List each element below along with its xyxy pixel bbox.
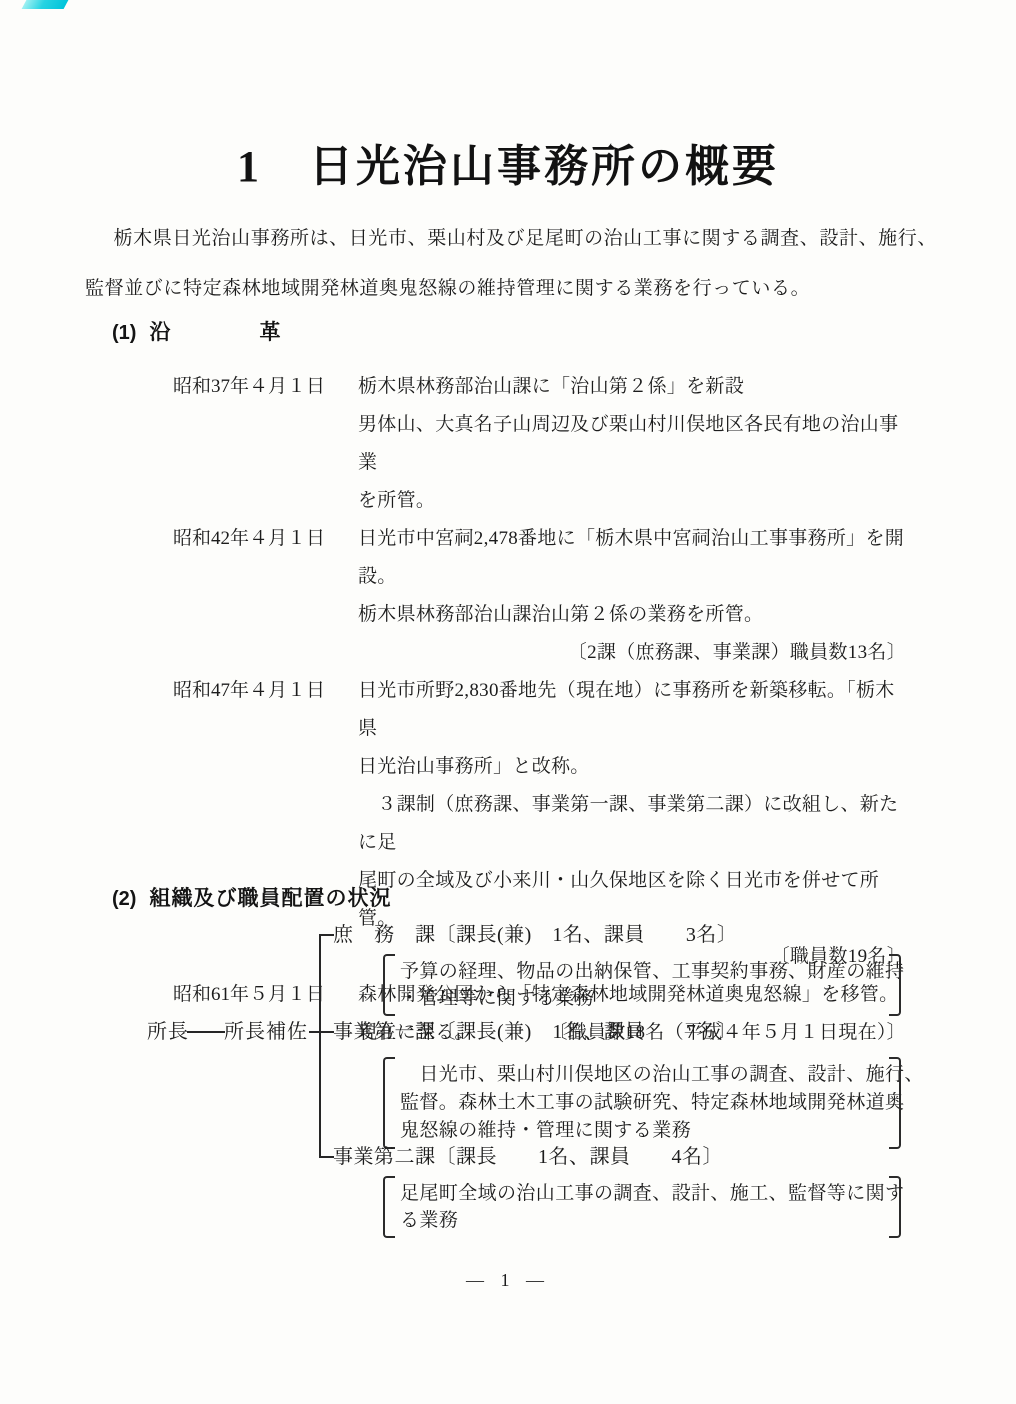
org-desc-line: 日光市、栗山村川俣地区の治山工事の調査、設計、施行、 <box>400 1061 884 1089</box>
org-branch-jigyo-dai2ka: 事業第二課〔課長 1名、課員 4名〕 <box>333 1144 723 1170</box>
history-line: ３課制（庶務課、事業第一課、事業第二課）に改組し、新たに足 <box>358 786 906 862</box>
big-bracket-right <box>889 1176 901 1238</box>
intro-paragraph: 栃木県日光治山事務所は、日光市、栗山村及び足尾町の治山工事に関する調査、設計、施… <box>85 214 937 314</box>
org-branch-jigyo-dai1ka: 事業第一課〔課長(兼) 1名、課員 7名〕 <box>333 1019 737 1045</box>
big-bracket-left <box>383 1176 395 1238</box>
history-line: 栃木県林務部治山課治山第２係の業務を所管。 <box>358 596 906 634</box>
history-entry-content: 日光市中宮祠2,478番地に「栃木県中宮祠治山工事事務所」を開設。 栃木県林務部… <box>358 520 906 672</box>
page-number: — 1 — <box>0 1270 1016 1291</box>
org-desc-line: 監督。森林土木工事の試験研究、特定森林地域開発林道奥 <box>400 1089 884 1117</box>
org-root-label: 所長 <box>147 1019 189 1045</box>
section-1-heading: (1) 沿 革 <box>112 316 281 346</box>
history-line: 男体山、大真名子山周辺及び栗山村川俣地区各民有地の治山事業 <box>358 406 906 482</box>
history-entry: 昭和37年４月１日 栃木県林務部治山課に「治山第２係」を新設 男体山、大真名子山… <box>173 368 906 520</box>
org-branch-staff: 〔課長 1名、課員 4名〕 <box>436 1146 724 1168</box>
history-line: 日光市所野2,830番地先（現在地）に事務所を新築移転。「栃木県 <box>358 672 906 748</box>
org-chart: 所長 所長補佐 庶 務 課〔課長(兼) 1名、課員 3名〕 予算の経理、物品の出… <box>0 915 1016 1265</box>
section-2-title: 組織及び職員配置の状況 <box>149 882 391 912</box>
history-entry: 昭和42年４月１日 日光市中宮祠2,478番地に「栃木県中宮祠治山工事事務所」を… <box>173 520 906 672</box>
org-branch-name: 庶 務 課 <box>333 924 436 946</box>
document-page: 1 日光治山事務所の概要 栃木県日光治山事務所は、日光市、栗山村及び足尾町の治山… <box>0 0 1016 1404</box>
org-desc-line: ・管理等に関する業務 <box>400 985 884 1012</box>
org-desc-line: 予算の経理、物品の出納保管、工事契約事務、財産の維持 <box>400 958 884 985</box>
history-line: 日光治山事務所」と改称。 <box>358 748 906 786</box>
org-branch-name: 事業第一課 <box>333 1021 436 1043</box>
history-staff-note: 〔2課（庶務課、事業課）職員数13名〕 <box>358 634 906 672</box>
org-branch-duties: 日光市、栗山村川俣地区の治山工事の調査、設計、施行、 監督。森林土木工事の試験研… <box>383 1061 901 1145</box>
connector-line <box>319 934 334 936</box>
org-branch-staff: 〔課長(兼) 1名、課員 3名〕 <box>436 924 738 946</box>
history-line: 日光市中宮祠2,478番地に「栃木県中宮祠治山工事事務所」を開設。 <box>358 520 906 596</box>
org-desc-line: る業務 <box>400 1207 884 1234</box>
org-branch-shomuka: 庶 務 課〔課長(兼) 1名、課員 3名〕 <box>333 922 737 948</box>
history-entry-content: 栃木県林務部治山課に「治山第２係」を新設 男体山、大真名子山周辺及び栗山村川俣地… <box>358 368 906 520</box>
org-desc-line: 足尾町全域の治山工事の調査、設計、施工、監督等に関す <box>400 1180 884 1207</box>
connector-line <box>309 1031 334 1033</box>
org-branch-name: 事業第二課 <box>333 1146 436 1168</box>
section-1-number: (1) <box>112 322 136 345</box>
big-bracket-left <box>383 954 395 1016</box>
page-title: 1 日光治山事務所の概要 <box>0 130 1016 194</box>
org-branch-duties: 予算の経理、物品の出納保管、工事契約事務、財産の維持 ・管理等に関する業務 <box>383 958 901 1012</box>
org-assistant-label: 所長補佐 <box>224 1019 308 1045</box>
section-1-title: 沿 革 <box>149 316 281 346</box>
connector-line <box>187 1031 225 1033</box>
history-entry-date: 昭和42年４月１日 <box>173 520 358 672</box>
big-bracket-right <box>889 1057 901 1149</box>
connector-line <box>319 1156 334 1158</box>
section-2-number: (2) <box>112 888 136 911</box>
big-bracket-left <box>383 1057 395 1149</box>
org-branch-duties: 足尾町全域の治山工事の調査、設計、施工、監督等に関す る業務 <box>383 1180 901 1234</box>
connector-line <box>319 934 321 1158</box>
org-desc-line: 鬼怒線の維持・管理に関する業務 <box>400 1117 884 1145</box>
big-bracket-right <box>889 954 901 1016</box>
history-entry-date: 昭和37年４月１日 <box>173 368 358 520</box>
section-2-heading: (2) 組織及び職員配置の状況 <box>112 882 391 912</box>
org-branch-staff: 〔課長(兼) 1名、課員 7名〕 <box>436 1021 738 1043</box>
history-line: 栃木県林務部治山課に「治山第２係」を新設 <box>358 368 906 406</box>
scan-corner-artifact <box>22 0 69 9</box>
history-line: を所管。 <box>358 482 906 520</box>
